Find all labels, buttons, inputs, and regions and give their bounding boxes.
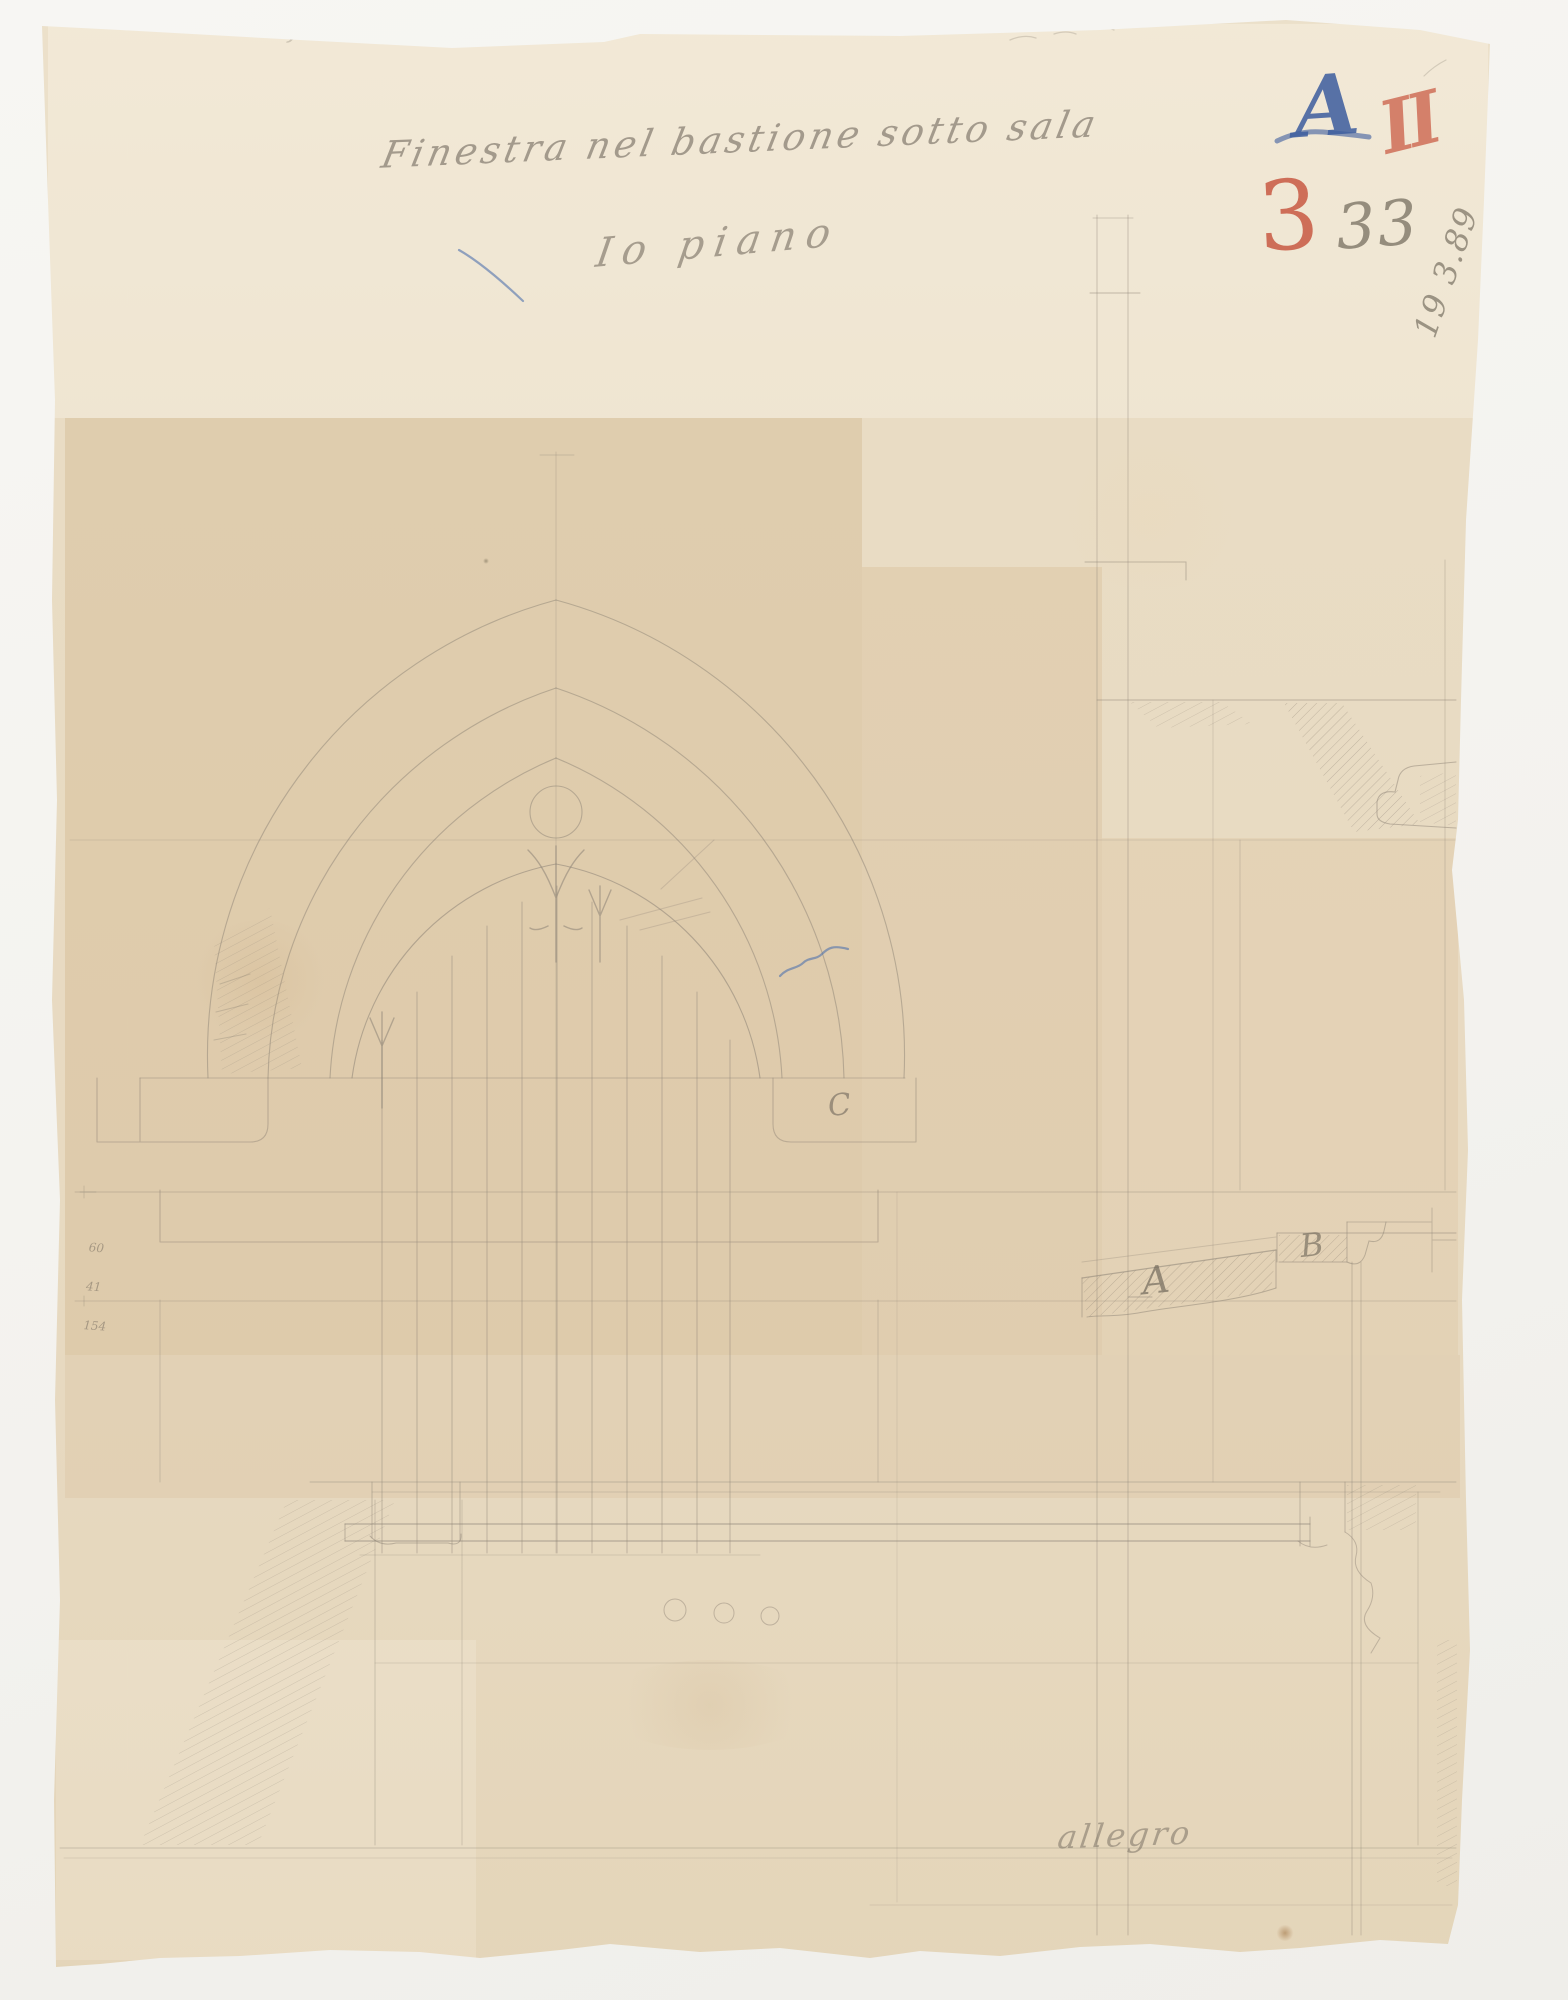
- margin-figure: 41: [86, 1280, 110, 1295]
- classification-number-pencil: 33: [1334, 185, 1422, 264]
- foxing-spot: [762, 27, 769, 34]
- foxing-spot: [1276, 1925, 1294, 1941]
- margin-figure: 154: [83, 1319, 107, 1334]
- paper-blotch: [1060, 440, 1240, 590]
- foxing-spot: [483, 558, 489, 564]
- foxing-spot: [1314, 1956, 1327, 1968]
- archive-photo-backdrop: finestra Finestra nel bastione sotto sal…: [0, 0, 1568, 2000]
- classification-letter-blue: A: [1291, 54, 1363, 157]
- drawing-sheet: finestra Finestra nel bastione sotto sal…: [0, 0, 1568, 2000]
- paper-blotch: [600, 1660, 820, 1750]
- blue-pen-marks: [459, 250, 848, 976]
- elevation-drawing: [97, 600, 916, 1555]
- foxing-spot: [1485, 899, 1494, 908]
- bottom-note: allegro: [1055, 1814, 1195, 1857]
- section-label-a: A: [1140, 1257, 1172, 1304]
- elevation-label-c: C: [826, 1087, 853, 1124]
- paper-blotch: [190, 920, 330, 1040]
- classification-number-red: 3: [1255, 158, 1322, 273]
- margin-figure: 60: [88, 1241, 112, 1256]
- section-label-b: B: [1298, 1225, 1325, 1265]
